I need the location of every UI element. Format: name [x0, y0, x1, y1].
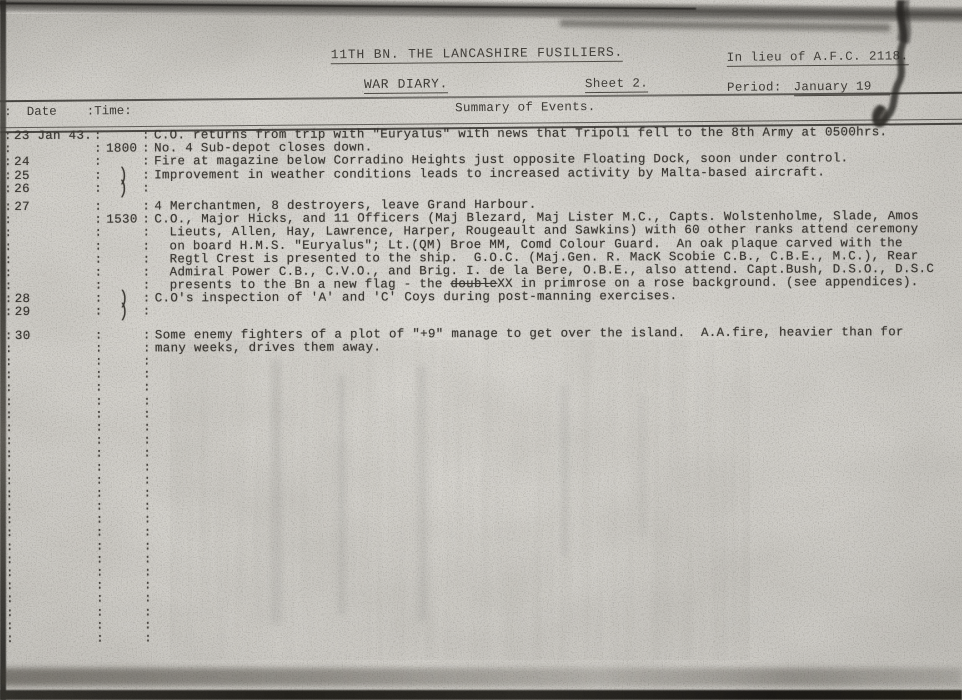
time-cell: 1530 — [104, 214, 142, 227]
ruling-colon: : — [144, 593, 156, 606]
time-cell — [105, 395, 143, 408]
time-cell — [106, 514, 144, 527]
time-cell — [106, 487, 144, 500]
date-cell — [16, 488, 96, 502]
time-cell — [106, 580, 144, 593]
ruling-colon: : — [0, 183, 14, 196]
time-cell — [106, 553, 144, 566]
ruling-colon: : — [1, 396, 15, 409]
date-cell — [15, 356, 95, 370]
ruling-colon: : — [95, 382, 105, 395]
diary-row: : 26 : ) : — [0, 179, 962, 196]
ruling-colon: : — [143, 382, 155, 395]
time-cell — [106, 501, 144, 514]
scanner-top-band — [0, 0, 962, 22]
time-cell — [105, 382, 143, 395]
ruling-colon: : — [0, 227, 14, 240]
unit-title: 11TH BN. THE LANCASHIRE FUSILIERS. — [331, 45, 624, 65]
ruling-colon: : — [94, 156, 104, 169]
ruling-colon: : — [0, 156, 14, 169]
time-cell — [105, 408, 143, 421]
doc-type-label: WAR DIARY. — [364, 76, 448, 94]
time-cell — [105, 369, 143, 382]
ruling-colon: : — [95, 253, 105, 266]
date-cell: 26 — [14, 182, 94, 196]
ruling-colon: : — [144, 619, 156, 632]
sheet-number: Sheet 2. — [585, 77, 648, 94]
ruling-colon: : — [142, 240, 154, 253]
time-cell — [106, 593, 144, 606]
time-cell: ) — [104, 181, 142, 198]
time-cell — [106, 566, 144, 579]
date-cell — [14, 214, 94, 228]
date-cell — [15, 408, 95, 422]
ruling-colon: : — [1, 306, 15, 319]
scan-bottom-smudge — [0, 668, 962, 686]
time-cell — [106, 619, 144, 632]
date-cell — [15, 342, 95, 356]
ruling-colon: : — [2, 620, 16, 633]
ruling-colon: : — [94, 182, 104, 195]
summary-text — [156, 629, 962, 646]
date-cell: 23 Jan 43. — [14, 130, 94, 144]
ruling-colon: : — [143, 253, 155, 266]
time-cell — [104, 227, 142, 240]
ruling-colon: : — [95, 329, 105, 342]
diary-rows: : 23 Jan 43. : : C.O. returns from trip … — [0, 126, 962, 646]
time-cell — [105, 266, 143, 279]
ruling-colon: : — [94, 227, 104, 240]
ruling-colon: : — [94, 169, 104, 182]
date-cell — [16, 474, 96, 488]
ruling-colon: : — [95, 408, 105, 421]
ruling-colon: : — [1, 448, 15, 461]
ruling-colon: : — [1, 462, 15, 475]
date-cell — [16, 593, 96, 607]
date-cell — [14, 240, 94, 254]
diary-row: : : : — [2, 629, 962, 646]
ruling-colon: : — [143, 306, 155, 319]
ruling-colon: : — [1, 409, 15, 422]
ruling-colon: : — [143, 448, 155, 461]
time-cell — [105, 355, 143, 368]
date-cell — [16, 553, 96, 567]
date-cell: 27 — [14, 201, 94, 215]
ruling-colon: : — [95, 395, 105, 408]
ruling-colon: : — [1, 382, 15, 395]
date-time-column-headers: : Date :Time: — [4, 104, 132, 119]
scanner-top-streak — [560, 20, 890, 32]
time-cell — [105, 342, 143, 355]
ruling-colon: : — [2, 633, 16, 646]
ruling-colon: : — [143, 408, 155, 421]
date-cell: 24 — [14, 156, 94, 170]
ruling-colon: : — [142, 156, 154, 169]
ruling-colon: : — [96, 606, 106, 619]
time-cell — [104, 240, 142, 253]
ruling-colon: : — [144, 632, 156, 645]
ruling-colon: : — [144, 606, 156, 619]
date-cell — [15, 448, 95, 462]
date-cell — [16, 633, 96, 647]
ruling-colon: : — [2, 475, 16, 488]
summary-text-segment: XX in primrose on a rose background. (se… — [497, 275, 918, 291]
date-cell — [16, 501, 96, 515]
scan-bottom-edge — [0, 690, 962, 700]
date-cell: 25 — [14, 169, 94, 183]
ruling-colon: : — [144, 540, 156, 553]
ruling-colon: : — [143, 461, 155, 474]
ruling-colon: : — [96, 619, 106, 632]
time-cell — [106, 527, 144, 540]
time-cell — [106, 632, 144, 645]
ruling-colon: : — [142, 169, 154, 182]
time-cell — [105, 421, 143, 434]
time-cell — [105, 435, 143, 448]
ruling-colon: : — [96, 633, 106, 646]
time-cell — [105, 329, 143, 342]
ruling-colon: : — [96, 527, 106, 540]
date-cell — [14, 227, 94, 241]
time-cell: 1800 — [104, 143, 142, 156]
summary-text — [155, 302, 962, 319]
ruling-colon: : — [2, 541, 16, 554]
war-diary-scan-page: 11TH BN. THE LANCASHIRE FUSILIERS. In li… — [0, 0, 962, 700]
ruling-colon: : — [142, 227, 154, 240]
date-cell — [15, 253, 95, 267]
date-cell: 30 — [15, 329, 95, 343]
ruling-colon: : — [95, 448, 105, 461]
date-cell — [15, 435, 95, 449]
form-note: In lieu of A.F.C. 2118. — [727, 49, 909, 67]
date-cell: 29 — [15, 306, 95, 320]
ruling-colon: : — [96, 474, 106, 487]
ruling-colon: : — [2, 607, 16, 620]
ruling-colon: : — [142, 182, 154, 195]
ruling-colon: : — [2, 527, 16, 540]
time-cell — [105, 448, 143, 461]
scanner-top-line — [0, 2, 696, 9]
date-cell — [16, 619, 96, 633]
ruling-colon: : — [94, 240, 104, 253]
date-cell — [16, 606, 96, 620]
date-cell — [16, 527, 96, 541]
time-cell — [106, 540, 144, 553]
ruling-colon: : — [0, 170, 14, 183]
ruling-colon: : — [0, 241, 14, 254]
date-cell — [15, 369, 95, 383]
date-cell — [16, 567, 96, 581]
ruling-colon: : — [96, 593, 106, 606]
time-cell: ) — [105, 304, 143, 321]
diary-row: : 29 : ) : — [1, 302, 962, 319]
ruling-colon: : — [96, 540, 106, 553]
date-cell — [16, 514, 96, 528]
ruling-colon: : — [1, 254, 15, 267]
ruling-colon: : — [1, 330, 15, 343]
ruling-colon: : — [143, 329, 155, 342]
ruling-colon: : — [2, 593, 16, 606]
ruling-colon: : — [95, 461, 105, 474]
ruling-colon: : — [143, 395, 155, 408]
ruling-colon: : — [144, 527, 156, 540]
date-cell — [16, 540, 96, 554]
date-cell — [16, 580, 96, 594]
date-cell — [15, 461, 95, 475]
time-cell — [106, 474, 144, 487]
date-cell — [15, 395, 95, 409]
time-cell — [105, 253, 143, 266]
ruling-colon: : — [95, 306, 105, 319]
date-cell — [15, 422, 95, 436]
time-cell — [106, 606, 144, 619]
time-cell — [105, 461, 143, 474]
date-cell — [15, 267, 95, 281]
date-cell — [15, 382, 95, 396]
ruling-colon: : — [144, 474, 156, 487]
summary-text — [154, 179, 962, 196]
summary-column-header: Summary of Events. — [455, 100, 596, 115]
